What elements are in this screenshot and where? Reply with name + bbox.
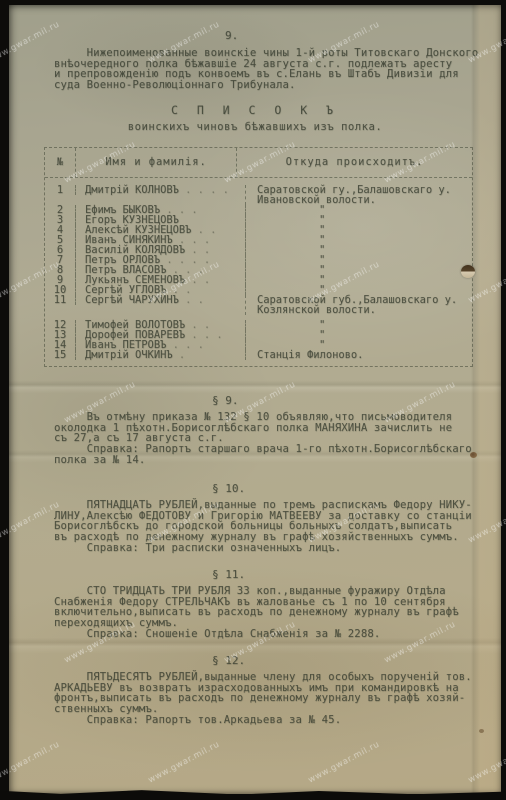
ink-stain xyxy=(479,729,484,733)
section-11: § 11. СТО ТРИДЦАТЬ ТРИ РУБЛЯ 33 коп.,выд… xyxy=(54,568,490,640)
origin-line: " xyxy=(257,330,472,340)
text-line: Справка: Три расписки означенныхъ лицъ. xyxy=(54,543,490,554)
row-name: Сергѣй ЧАРУХИНЪ . . xyxy=(75,295,245,305)
dot-leader: . xyxy=(173,349,186,361)
origin-line: " xyxy=(257,245,472,255)
origin-line: " xyxy=(257,265,472,275)
row-origin: " xyxy=(245,235,472,245)
table-row: 15Дмитрій ОЧКИНЪ . Станція Филоново. xyxy=(45,350,472,360)
text-line: Справка: Сношеніе Отдѣла Снабженія за № … xyxy=(54,629,490,640)
row-origin: Саратовской губ.,Балашовскаго у.Козлянск… xyxy=(245,295,472,315)
row-number: 15 xyxy=(45,350,75,360)
table-row: 1Дмитрій КОЛНОВЪ . . . .Саратовской гу.,… xyxy=(45,185,472,205)
origin-line: " xyxy=(257,225,472,235)
origin-line: Козлянской волости. xyxy=(257,305,472,315)
document-scan: 9. Нижепоименованные воинскіе чины 1-й р… xyxy=(0,0,506,800)
origin-line: " xyxy=(257,205,472,215)
section-9: § 9. Въ отмѣну приказа № 132 § 10 объявл… xyxy=(54,394,490,466)
dot-leader: . . . xyxy=(160,204,198,216)
list-subtitle: воинскихъ чиновъ бѣжавшихъ изъ полка. xyxy=(9,121,501,133)
row-number: 11 xyxy=(45,295,75,305)
section-heading: § 10. xyxy=(212,482,490,495)
dot-leader: . . . . xyxy=(179,184,229,196)
deserters-table: № Имя и фамилія. Откуда происходитъ. 1Дм… xyxy=(44,147,473,367)
dot-leader: . . xyxy=(179,294,204,306)
section-10: § 10. ПЯТНАДЦАТЬ РУБЛЕЙ,выданные по трем… xyxy=(54,482,490,554)
row-origin: Саратовской гу.,Балашовскаго у.Ивановско… xyxy=(245,185,472,205)
column-header-name: Имя и фамилія. xyxy=(75,148,236,177)
row-origin: " xyxy=(245,205,472,215)
row-name: Дмитрій ОЧКИНЪ . xyxy=(75,350,245,360)
row-origin: " xyxy=(245,265,472,275)
row-origin: " xyxy=(245,320,472,330)
row-origin: " xyxy=(245,245,472,255)
row-origin: " xyxy=(245,225,472,235)
origin-line: Станція Филоново. xyxy=(257,350,472,360)
text-line: полка за № 14. xyxy=(54,455,490,466)
page-number: 9. xyxy=(225,29,238,42)
dot-leader: . . . xyxy=(166,339,204,351)
section-heading: § 11. xyxy=(212,568,490,581)
origin-line: " xyxy=(257,235,472,245)
row-origin: " xyxy=(245,215,472,225)
section-12: § 12. ПЯТЬДЕСЯТЪ РУБЛЕЙ,выданные члену д… xyxy=(54,654,490,726)
origin-line: " xyxy=(257,320,472,330)
text-line: суда Военно-Революціоннаго Трибунала. xyxy=(54,80,490,91)
row-origin: " xyxy=(245,275,472,285)
table-header-row: № Имя и фамилія. Откуда происходитъ. xyxy=(45,148,472,178)
origin-line: " xyxy=(257,215,472,225)
row-origin: " xyxy=(245,330,472,340)
row-name: Дмитрій КОЛНОВЪ . . . . xyxy=(75,185,245,195)
row-origin: " xyxy=(245,255,472,265)
row-origin: Станція Филоново. xyxy=(245,350,472,360)
punch-hole xyxy=(461,265,475,278)
paper-page: 9. Нижепоименованные воинскіе чины 1-й р… xyxy=(9,5,501,794)
table-body: 1Дмитрій КОЛНОВЪ . . . .Саратовской гу.,… xyxy=(45,178,472,366)
section-heading: § 12. xyxy=(212,654,490,667)
column-header-origin: Откуда происходитъ. xyxy=(236,148,472,177)
ink-stain xyxy=(470,452,477,458)
column-header-number: № xyxy=(45,148,75,177)
intro-paragraph: Нижепоименованные воинскіе чины 1-й роты… xyxy=(54,48,490,91)
list-title: С П И С О К Ъ xyxy=(9,103,501,117)
origin-line: " xyxy=(257,255,472,265)
row-number: 1 xyxy=(45,185,75,195)
section-heading: § 9. xyxy=(212,394,490,407)
table-row: 11Сергѣй ЧАРУХИНЪ . .Саратовской губ.,Ба… xyxy=(45,295,472,315)
origin-line: Ивановской волости. xyxy=(257,195,472,205)
origin-line: " xyxy=(257,275,472,285)
text-line: Справка: Рапортъ тов.Аркадьева за № 45. xyxy=(54,715,490,726)
